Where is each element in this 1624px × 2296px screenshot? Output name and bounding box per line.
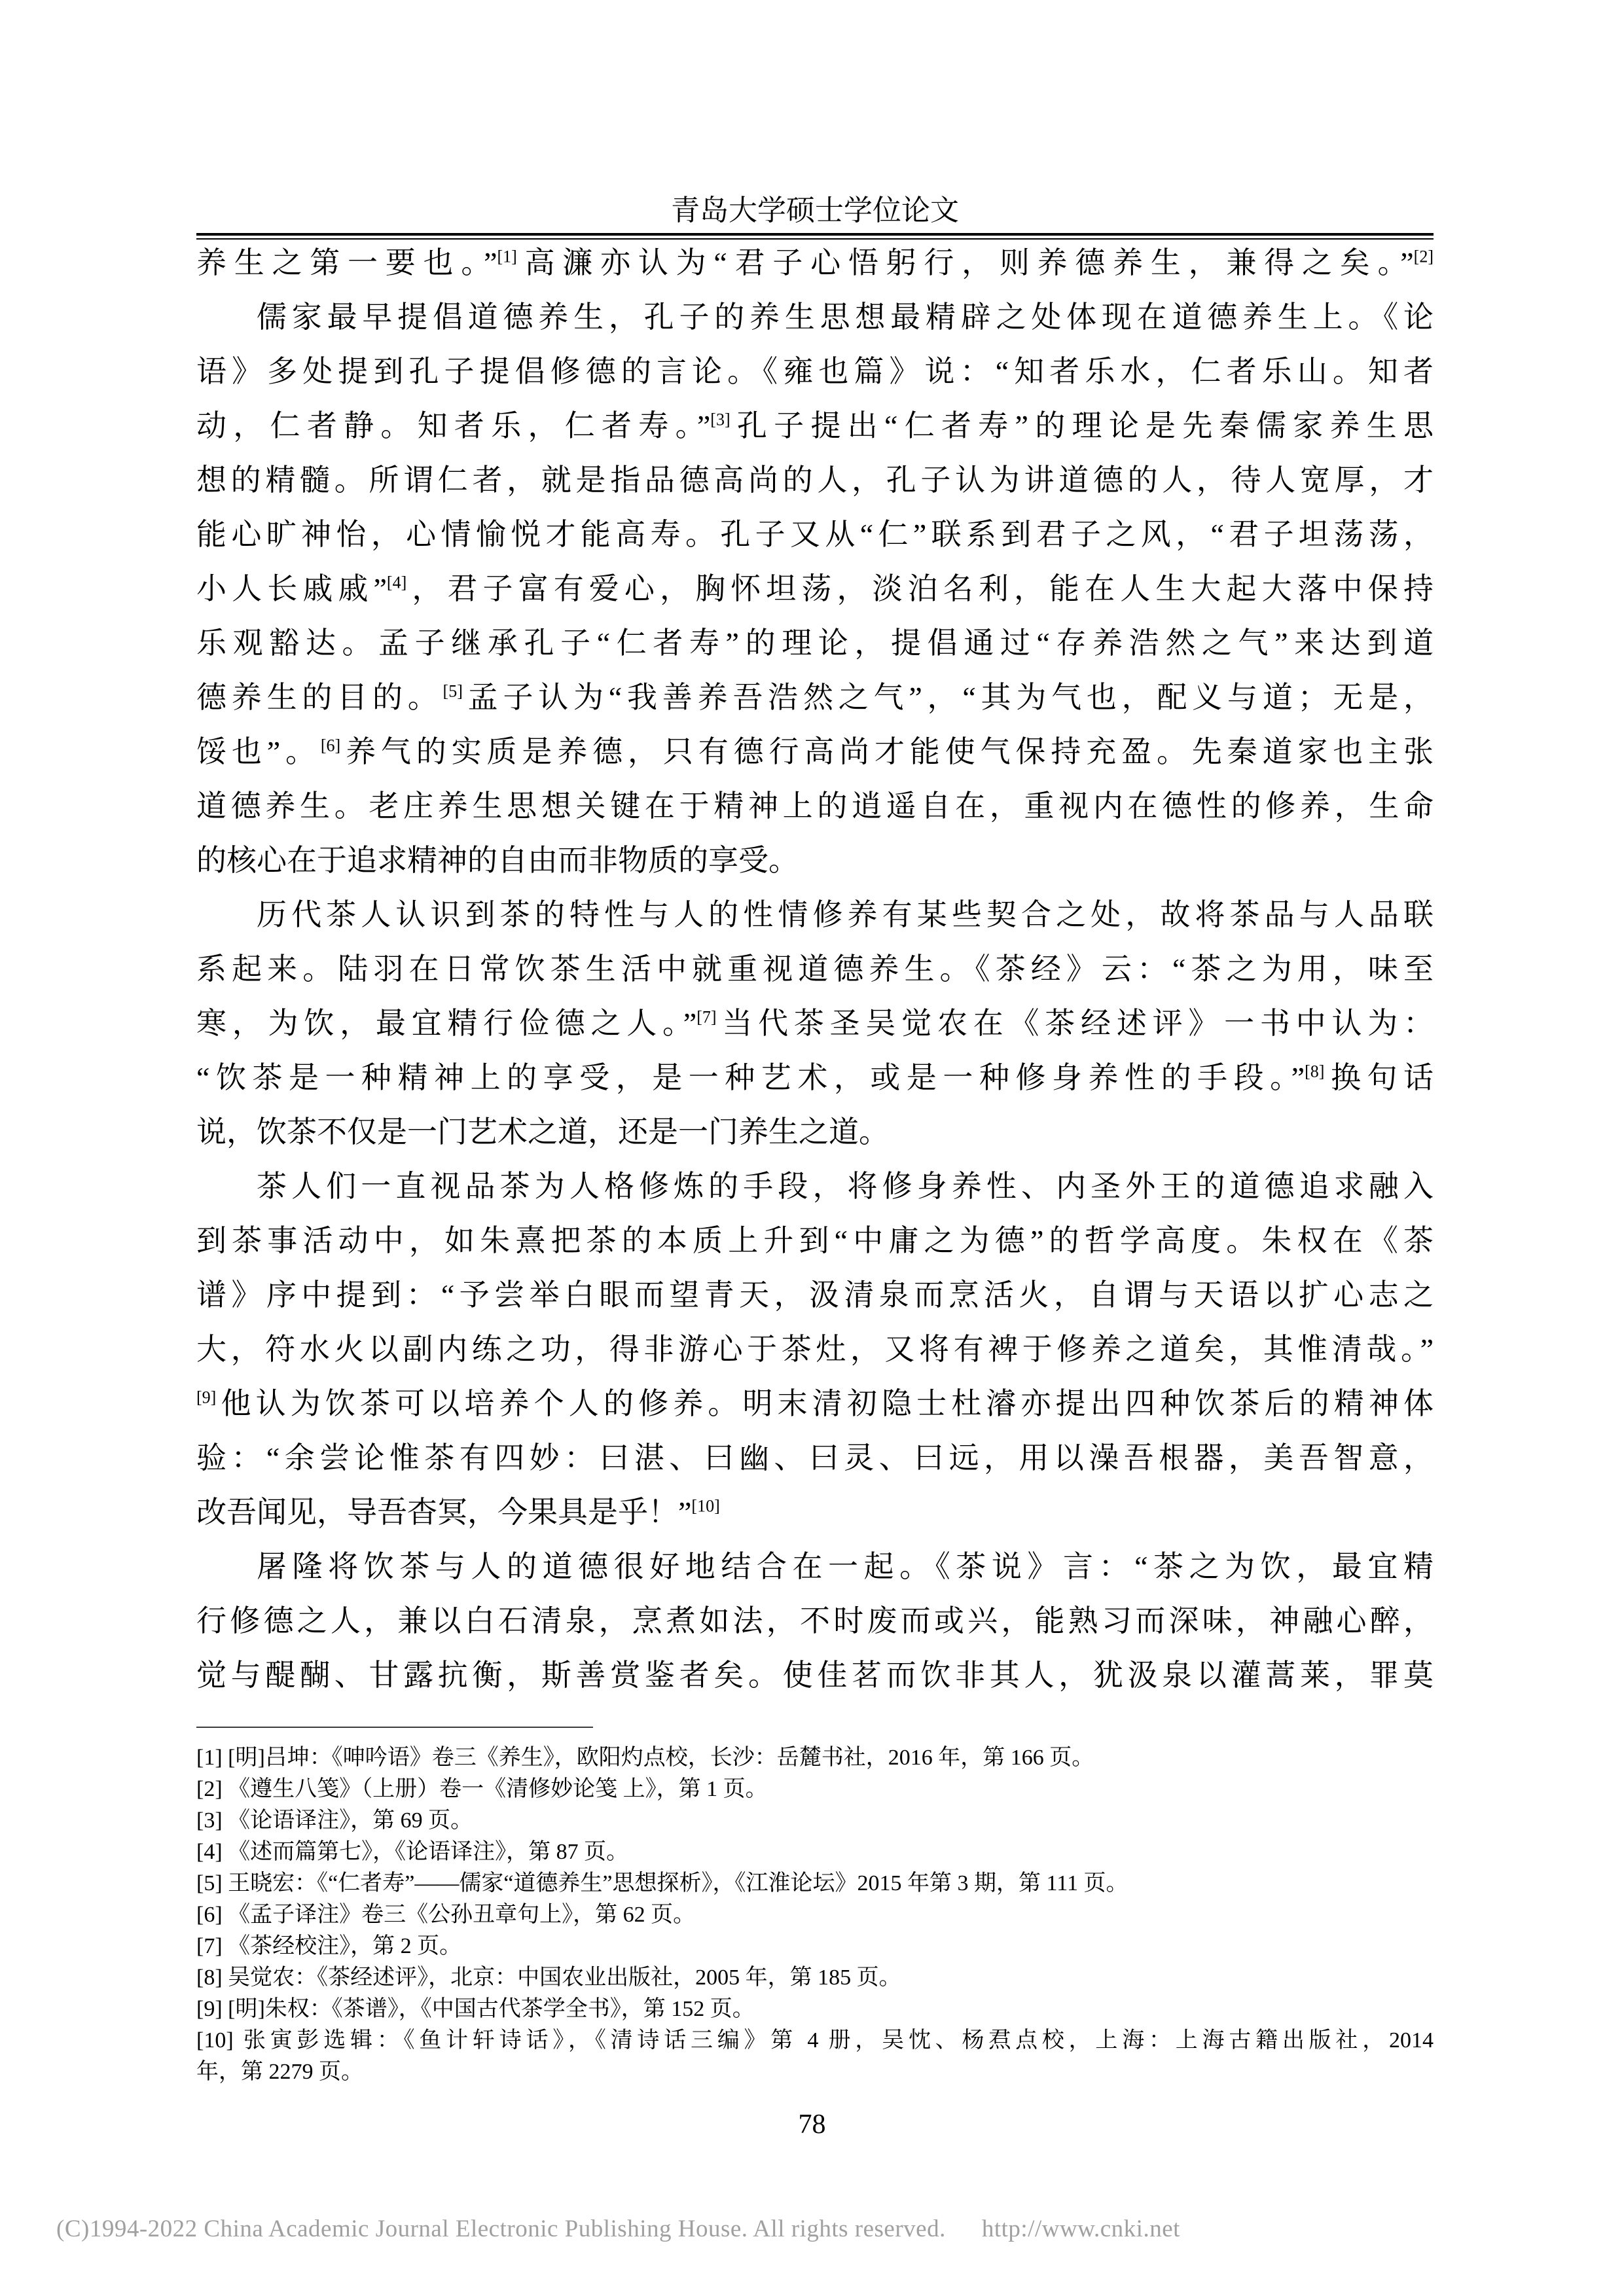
text-run: 谱》序中提到：“予尝举白眼而望青天，汲清泉而烹活火，自谓与天语以扩心志之 xyxy=(196,1278,1434,1312)
footnote-line: [1] [明]吕坤：《呻吟语》卷三《养生》，欧阳灼点校，长沙：岳麓书社，2016… xyxy=(196,1742,1434,1774)
footnote-line: [3] 《论语译注》，第 69 页。 xyxy=(196,1805,1434,1837)
body-line: “饮茶是一种精神上的享受，是一种艺术，或是一种修身养性的手段。”[8]换句话 xyxy=(196,1050,1434,1105)
text-run: 孟子认为“我善养吾浩然之气”，“其为气也，配义与道；无是， xyxy=(463,681,1434,714)
text-run: 高濂亦认为“君子心悟躬行，则养德养生，兼得之矣。” xyxy=(517,246,1414,279)
body-line: 想的精髓。所谓仁者，就是指品德高尚的人，孔子认为讲道德的人，待人宽厚，才 xyxy=(196,453,1434,507)
body-line: 道德养生。老庄养生思想关键在于精神上的逍遥自在，重视内在德性的修养，生命 xyxy=(196,779,1434,833)
text-run: 茶人们一直视品茶为人格修炼的手段，将修身养性、内圣外王的道德追求融入 xyxy=(257,1170,1434,1203)
footnote-ref: [5] xyxy=(443,682,463,701)
thesis-body-text: 养生之第一要也。”[1]高濂亦认为“君子心悟躬行，则养德养生，兼得之矣。”[2]… xyxy=(196,236,1434,1702)
text-run: 说，饮茶不仅是一门艺术之道，还是一门养生之道。 xyxy=(196,1115,889,1149)
text-run: “饮茶是一种精神上的享受，是一种艺术，或是一种修身养性的手段。” xyxy=(196,1061,1305,1094)
text-run: 动，仁者静。知者乐，仁者寿。” xyxy=(196,409,710,442)
text-run: 德养生的目的。 xyxy=(196,681,443,714)
body-line: 验：“余尝论惟茶有四妙：曰湛、曰幽、曰灵、曰远，用以澡吾根器，美吾智意， xyxy=(196,1431,1434,1485)
body-line: [9]他认为饮茶可以培养个人的修养。明末清初隐士杜濬亦提出四种饮茶后的精神体 xyxy=(196,1376,1434,1431)
text-run: ，君子富有爱心，胸怀坦荡，淡泊名利，能在人生大起大落中保持 xyxy=(406,572,1434,605)
body-line: 到茶事活动中，如朱熹把茶的本质上升到“中庸之为德”的哲学高度。朱权在《茶 xyxy=(196,1213,1434,1268)
footnote-ref: [1] xyxy=(497,247,517,266)
body-line: 大，符水火以副内练之功，得非游心于茶灶，又将有裨于修养之道矣，其惟清哉。” xyxy=(196,1322,1434,1376)
footnote-line: [8] 吴觉农：《茶经述评》，北京：中国农业出版社，2005 年，第 185 页… xyxy=(196,1962,1434,1994)
footnote-line: [2] 《遵生八笺》（上册）卷一《清修妙论笺 上》，第 1 页。 xyxy=(196,1774,1434,1805)
body-line: 德养生的目的。[5]孟子认为“我善养吾浩然之气”，“其为气也，配义与道；无是， xyxy=(196,670,1434,725)
footnote-line: [6] 《孟子译注》卷三《公孙丑章句上》，第 62 页。 xyxy=(196,1899,1434,1931)
footnote-line: [10] 张寅彭选辑：《鱼计轩诗话》，《清诗话三编》第 4 册，吴忱、杨焄点校，… xyxy=(196,2025,1434,2056)
body-line: 儒家最早提倡道德养生，孔子的养生思想最精辟之处体现在道德养生上。《论 xyxy=(196,290,1434,344)
text-run: 换句话 xyxy=(1324,1061,1434,1094)
footnote-ref: [4] xyxy=(387,573,406,592)
page-header-title: 青岛大学硕士学位论文 xyxy=(196,194,1434,228)
text-run: 行修德之人，兼以白石清泉，烹煮如法，不时废而或兴，能熟习而深味，神融心醉， xyxy=(196,1604,1434,1638)
body-line: 屠隆将饮茶与人的道德很好地结合在一起。《茶说》言：“茶之为饮，最宜精 xyxy=(196,1539,1434,1594)
footnote-ref: [6] xyxy=(321,736,340,755)
footnote-line: [4] 《述而篇第七》，《论语译注》，第 87 页。 xyxy=(196,1837,1434,1868)
footnote-ref: [10] xyxy=(691,1497,719,1516)
footnote-ref: [7] xyxy=(696,1008,716,1027)
body-line: 的核心在于追求精神的自由而非物质的享受。 xyxy=(196,833,1434,888)
footnote-ref: [2] xyxy=(1414,247,1434,266)
body-line: 小人长戚戚”[4]，君子富有爱心，胸怀坦荡，淡泊名利，能在人生大起大落中保持 xyxy=(196,562,1434,616)
body-line: 说，饮茶不仅是一门艺术之道，还是一门养生之道。 xyxy=(196,1105,1434,1159)
cnki-url: http://www.cnki.net xyxy=(982,2215,1180,2242)
text-run: 的核心在于追求精神的自由而非物质的享受。 xyxy=(196,844,799,877)
text-run: 他认为饮茶可以培养个人的修养。明末清初隐士杜濬亦提出四种饮茶后的精神体 xyxy=(216,1387,1434,1420)
footnote-line: [5] 王晓宏：《“仁者寿”——儒家“道德养生”思想探析》，《江淮论坛》2015… xyxy=(196,1868,1434,1899)
body-line: 乐观豁达。孟子继承孔子“仁者寿”的理论，提倡通过“存养浩然之气”来达到道 xyxy=(196,616,1434,670)
text-run: 改吾闻见，导吾杳冥，今果具是乎！” xyxy=(196,1496,691,1529)
text-run: 屠隆将饮茶与人的道德很好地结合在一起。《茶说》言：“茶之为饮，最宜精 xyxy=(257,1550,1434,1583)
body-line: 语》多处提到孔子提倡修德的言论。《雍也篇》说：“知者乐水，仁者乐山。知者 xyxy=(196,344,1434,399)
text-run: 系起来。陆羽在日常饮茶生活中就重视道德养生。《茶经》云：“茶之为用，味至 xyxy=(196,952,1434,986)
body-line: 馁也”。[6]养气的实质是养德，只有德行高尚才能使气保持充盈。先秦道家也主张 xyxy=(196,725,1434,779)
footnote-line: [9] [明]朱权：《茶谱》，《中国古代茶学全书》，第 152 页。 xyxy=(196,1994,1434,2025)
text-run: 道德养生。老庄养生思想关键在于精神上的逍遥自在，重视内在德性的修养，生命 xyxy=(196,789,1434,823)
text-run: 历代茶人认识到茶的特性与人的性情修养有某些契合之处，故将茶品与人品联 xyxy=(257,898,1434,931)
text-run: 养气的实质是养德，只有德行高尚才能使气保持充盈。先秦道家也主张 xyxy=(340,735,1434,768)
cnki-footer: (C)1994-2022 China Academic Journal Elec… xyxy=(56,2215,1180,2244)
footnote-ref: [8] xyxy=(1305,1062,1324,1081)
body-line: 茶人们一直视品茶为人格修炼的手段，将修身养性、内圣外王的道德追求融入 xyxy=(196,1159,1434,1213)
text-run: 当代茶圣吴觉农在《茶经述评》一书中认为： xyxy=(717,1007,1434,1040)
body-line: 历代茶人认识到茶的特性与人的性情修养有某些契合之处，故将茶品与人品联 xyxy=(196,888,1434,942)
page-number: 78 xyxy=(0,2109,1624,2140)
body-line: 能心旷神怡，心情愉悦才能高寿。孔子又从“仁”联系到君子之风，“君子坦荡荡， xyxy=(196,507,1434,562)
footnotes-block: [1] [明]吕坤：《呻吟语》卷三《养生》，欧阳灼点校，长沙：岳麓书社，2016… xyxy=(196,1742,1434,2088)
text-run: 验：“余尝论惟茶有四妙：曰湛、曰幽、曰灵、曰远，用以澡吾根器，美吾智意， xyxy=(196,1441,1434,1475)
text-run: 乐观豁达。孟子继承孔子“仁者寿”的理论，提倡通过“存养浩然之气”来达到道 xyxy=(196,626,1434,660)
text-run: 到茶事活动中，如朱熹把茶的本质上升到“中庸之为德”的哲学高度。朱权在《茶 xyxy=(196,1224,1434,1257)
text-run: 小人长戚戚” xyxy=(196,572,387,605)
body-line: 系起来。陆羽在日常饮茶生活中就重视道德养生。《茶经》云：“茶之为用，味至 xyxy=(196,942,1434,996)
footnote-ref: [9] xyxy=(196,1388,216,1407)
footnote-line: [7] 《茶经校注》，第 2 页。 xyxy=(196,1931,1434,1962)
body-line: 动，仁者静。知者乐，仁者寿。”[3]孔子提出“仁者寿”的理论是先秦儒家养生思 xyxy=(196,399,1434,453)
body-line: 改吾闻见，导吾杳冥，今果具是乎！”[10] xyxy=(196,1485,1434,1539)
body-line: 养生之第一要也。”[1]高濂亦认为“君子心悟躬行，则养德养生，兼得之矣。”[2] xyxy=(196,236,1434,290)
body-line: 谱》序中提到：“予尝举白眼而望青天，汲清泉而烹活火，自谓与天语以扩心志之 xyxy=(196,1268,1434,1322)
footnote-line: 年，第 2279 页。 xyxy=(196,2056,1434,2088)
text-run: 寒，为饮，最宜精行俭德之人。” xyxy=(196,1007,696,1040)
text-run: 能心旷神怡，心情愉悦才能高寿。孔子又从“仁”联系到君子之风，“君子坦荡荡， xyxy=(196,518,1434,551)
footnote-ref: [3] xyxy=(710,410,730,429)
text-run: 养生之第一要也。” xyxy=(196,246,497,279)
copyright-text: (C)1994-2022 China Academic Journal Elec… xyxy=(56,2215,946,2242)
thesis-page: 青岛大学硕士学位论文 养生之第一要也。”[1]高濂亦认为“君子心悟躬行，则养德养… xyxy=(0,0,1624,2296)
footnote-separator xyxy=(196,1727,593,1728)
text-run: 儒家最早提倡道德养生，孔子的养生思想最精辟之处体现在道德养生上。《论 xyxy=(257,300,1434,334)
text-run: 大，符水火以副内练之功，得非游心于茶灶，又将有裨于修养之道矣，其惟清哉。” xyxy=(196,1333,1434,1366)
text-run: 想的精髓。所谓仁者，就是指品德高尚的人，孔子认为讲道德的人，待人宽厚，才 xyxy=(196,463,1434,497)
text-run: 语》多处提到孔子提倡修德的言论。《雍也篇》说：“知者乐水，仁者乐山。知者 xyxy=(196,355,1434,388)
text-run: 觉与醍醐、甘露抗衡，斯善赏鉴者矣。使佳茗而饮非其人，犹汲泉以灌蒿莱，罪莫 xyxy=(196,1659,1434,1692)
text-run: 孔子提出“仁者寿”的理论是先秦儒家养生思 xyxy=(731,409,1434,442)
body-line: 寒，为饮，最宜精行俭德之人。”[7]当代茶圣吴觉农在《茶经述评》一书中认为： xyxy=(196,996,1434,1050)
body-line: 觉与醍醐、甘露抗衡，斯善赏鉴者矣。使佳茗而饮非其人，犹汲泉以灌蒿莱，罪莫 xyxy=(196,1648,1434,1702)
body-line: 行修德之人，兼以白石清泉，烹煮如法，不时废而或兴，能熟习而深味，神融心醉， xyxy=(196,1594,1434,1648)
text-run: 馁也”。 xyxy=(196,735,321,768)
